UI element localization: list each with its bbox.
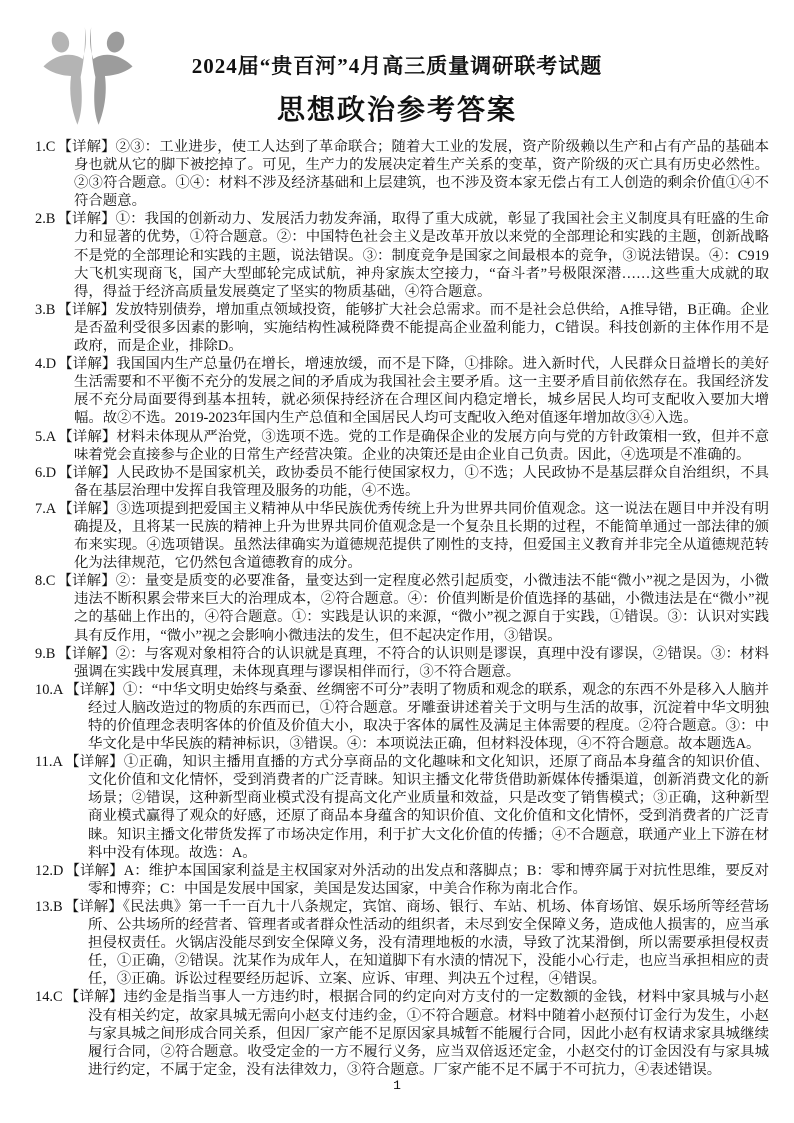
answer-item-9: 9.B【详解】②：与客观对象相符合的认识就是真理，不符合的认识则是谬误，真理中没… xyxy=(35,645,769,681)
answer-number-letter: 11.A xyxy=(35,754,65,770)
answer-item-6: 6.D【详解】人民政协不是国家机关，政协委员不能行使国家权力，①不选；人民政协不… xyxy=(35,464,769,500)
answer-number-letter: 13.B xyxy=(35,899,65,915)
detail-tag: 【详解】 xyxy=(58,356,116,372)
answer-sheet-page: 2024届“贵百河”4月高三质量调研联考试题 思想政治参考答案 1.C【详解】②… xyxy=(0,0,794,1123)
answer-number-letter: 2.B xyxy=(35,211,57,227)
answer-number-letter: 7.A xyxy=(35,501,58,517)
detail-tag: 【详解】 xyxy=(65,989,124,1005)
answer-explanation: ②：量变是质变的必要准备，量变达到一定程度必然引起质变，小微违法不能“微小”视之… xyxy=(74,573,769,643)
detail-tag: 【详解】 xyxy=(57,573,115,589)
detail-tag: 【详解】 xyxy=(65,754,124,770)
two-dancing-figures-logo-icon xyxy=(33,24,143,130)
answer-explanation: 人民政协不是国家机关，政协委员不能行使国家权力，①不选；人民政协不是基层群众自治… xyxy=(74,465,769,499)
detail-tag: 【详解】 xyxy=(65,899,123,915)
answer-item-2: 2.B【详解】①：我国的创新动力、发展活力勃发奔涌，取得了重大成就，彰显了我国社… xyxy=(35,210,769,300)
page-number: 1 xyxy=(0,1078,794,1093)
answer-item-13: 13.B【详解】《民法典》第一千一百九十八条规定，宾馆、商场、银行、车站、机场、… xyxy=(35,898,769,988)
answer-number-letter: 3.B xyxy=(35,302,57,318)
answer-explanation: ③选项提到把爱国主义精神从中华民族优秀传统上升为世界共同价值观念。这一说法在题目… xyxy=(74,501,769,571)
detail-tag: 【详解】 xyxy=(57,211,115,227)
answer-item-5: 5.A【详解】材料未体现从严治党，③选项不选。党的工作是确保企业的发展方向与党的… xyxy=(35,428,769,464)
answer-item-8: 8.C【详解】②：量变是质变的必要准备，量变达到一定程度必然引起质变，小微违法不… xyxy=(35,572,769,644)
answer-explanation: ①正确，知识主播用直播的方式分享商品的文化趣味和文化知识，还原了商品本身蕴含的知… xyxy=(88,754,769,860)
answer-number-letter: 8.C xyxy=(35,573,57,589)
answer-explanation: ①：“中华文明史始终与桑蚕、丝绸密不可分”表明了物质和观念的联系，观念的东西不外… xyxy=(88,682,769,752)
answer-list: 1.C【详解】②③：工业进步，使工人达到了革命联合；随着大工业的发展，资产阶级赖… xyxy=(35,138,769,1079)
answer-number-letter: 4.D xyxy=(35,356,58,372)
answer-item-1: 1.C【详解】②③：工业进步，使工人达到了革命联合；随着大工业的发展，资产阶级赖… xyxy=(35,138,769,210)
answer-number-letter: 5.A xyxy=(35,429,58,445)
answer-number-letter: 10.A xyxy=(35,682,65,698)
answer-item-3: 3.B【详解】发放特别债券，增加重点领域投资，能够扩大社会总需求。而不是社会总供… xyxy=(35,301,769,355)
answer-explanation: 材料未体现从严治党，③选项不选。党的工作是确保企业的发展方向与党的方针政策相一致… xyxy=(74,429,769,463)
answer-item-11: 11.A【详解】①正确，知识主播用直播的方式分享商品的文化趣味和文化知识，还原了… xyxy=(35,753,769,862)
answer-item-4: 4.D【详解】我国国内生产总量仍在增长，增速放缓，而不是下降，①排除。进入新时代… xyxy=(35,355,769,427)
answer-number-letter: 6.D xyxy=(35,465,58,481)
answer-item-12: 12.D【详解】A：维护本国国家利益是主权国家对外活动的出发点和落脚点；B：零和… xyxy=(35,862,769,898)
answer-explanation: ②③：工业进步，使工人达到了革命联合；随着大工业的发展，资产阶级赖以生产和占有产… xyxy=(74,139,769,209)
answer-number-letter: 12.D xyxy=(35,863,65,879)
detail-tag: 【详解】 xyxy=(65,863,123,879)
detail-tag: 【详解】 xyxy=(57,646,115,662)
answer-item-14: 14.C【详解】违约金是指当事人一方违约时，根据合同的约定向对方支付的一定数额的… xyxy=(35,988,769,1078)
detail-tag: 【详解】 xyxy=(58,429,116,445)
answer-explanation: 《民法典》第一千一百九十八条规定，宾馆、商场、银行、车站、机场、体育场馆、娱乐场… xyxy=(88,899,769,987)
detail-tag: 【详解】 xyxy=(57,139,115,155)
detail-tag: 【详解】 xyxy=(65,682,123,698)
answer-number-letter: 9.B xyxy=(35,646,57,662)
answer-number-letter: 14.C xyxy=(35,989,65,1005)
answer-explanation: A：维护本国国家利益是主权国家对外活动的出发点和落脚点；B：零和博弈属于对抗性思… xyxy=(88,863,769,897)
answer-number-letter: 1.C xyxy=(35,139,57,155)
answer-explanation: ①：我国的创新动力、发展活力勃发奔涌，取得了重大成就，彰显了我国社会主义制度具有… xyxy=(74,211,769,299)
answer-item-7: 7.A【详解】③选项提到把爱国主义精神从中华民族优秀传统上升为世界共同价值观念。… xyxy=(35,500,769,572)
detail-tag: 【详解】 xyxy=(57,302,115,318)
answer-explanation: ②：与客观对象相符合的认识就是真理，不符合的认识则是谬误，真理中没有谬误，②错误… xyxy=(74,646,769,680)
answer-explanation: 违约金是指当事人一方违约时，根据合同的约定向对方支付的一定数额的金钱，材料中家具… xyxy=(88,989,769,1077)
detail-tag: 【详解】 xyxy=(58,465,116,481)
answer-explanation: 发放特别债券，增加重点领域投资，能够扩大社会总需求。而不是社会总供给，A推导错，… xyxy=(74,302,769,354)
answer-explanation: 我国国内生产总量仍在增长，增速放缓，而不是下降，①排除。进入新时代，人民群众日益… xyxy=(74,356,769,426)
detail-tag: 【详解】 xyxy=(58,501,116,517)
answer-item-10: 10.A【详解】①：“中华文明史始终与桑蚕、丝绸密不可分”表明了物质和观念的联系… xyxy=(35,681,769,753)
